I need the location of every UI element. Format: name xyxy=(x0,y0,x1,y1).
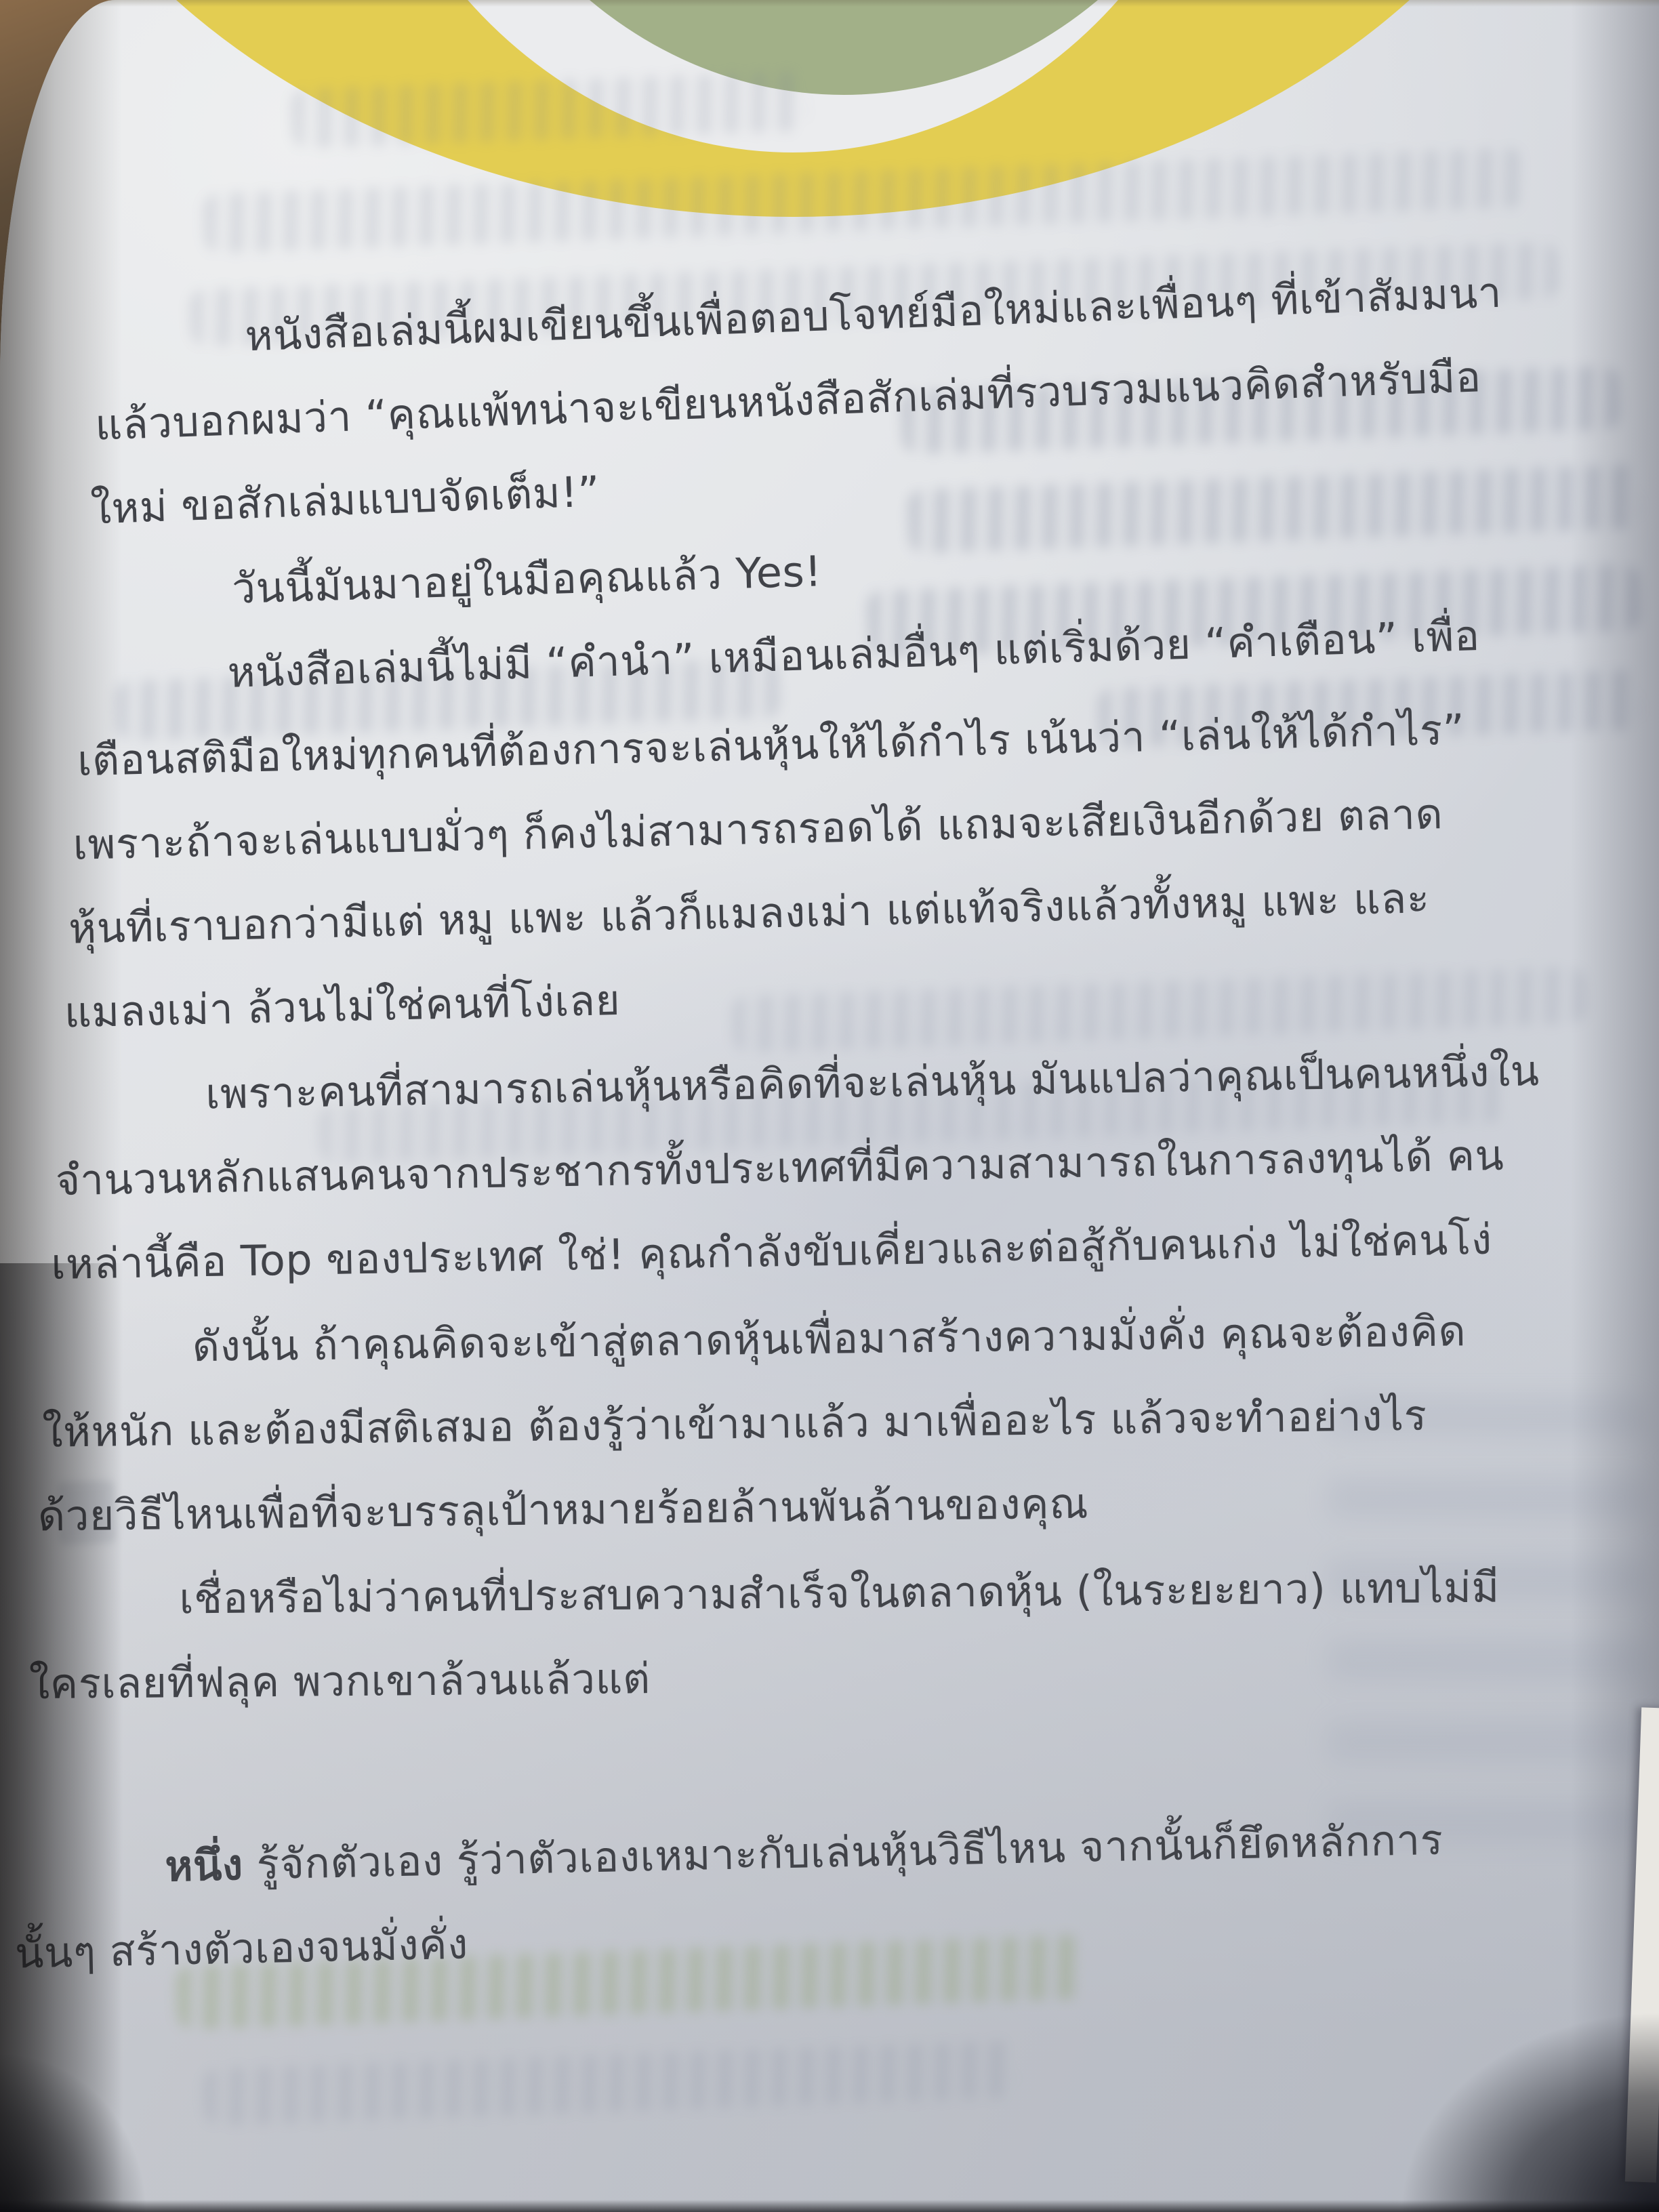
bleed-through-artifact xyxy=(203,2041,1017,2126)
photo-shadow-corner-bottom-right xyxy=(1361,1982,1659,2212)
photo-top-edge xyxy=(0,0,1659,7)
text-line: ด้วยวิธีไหนเพื่อที่จะบรรลุเป้าหมายร้อยล้… xyxy=(37,1456,1570,1559)
text-line: ใครเลยที่ฟลุค พวกเขาล้วนแล้วแต่ xyxy=(28,1629,1561,1726)
bold-lead-word: หนึ่ง xyxy=(165,1840,244,1891)
photo-bottom-edge xyxy=(0,2200,1659,2212)
text-line: รู้จักตัวเอง รู้ว่าตัวเองเหมาะกับเล่นหุ้… xyxy=(243,1815,1443,1889)
page-text: หนังสือเล่มนี้ผมเขียนขึ้นเพื่อตอบโจทย์มื… xyxy=(13,300,1631,2076)
photo-shadow-corner-bottom-left xyxy=(0,2036,163,2212)
photo-background: { "colors": { "ring_yellow": "#e3cd52", … xyxy=(0,0,1659,2212)
text-line: เชื่อหรือไม่ว่าคนที่ประสบความสำเร็จในตลา… xyxy=(33,1545,1565,1643)
book-page: หนังสือเล่มนี้ผมเขียนขึ้นเพื่อตอบโจทย์มื… xyxy=(0,0,1659,2212)
